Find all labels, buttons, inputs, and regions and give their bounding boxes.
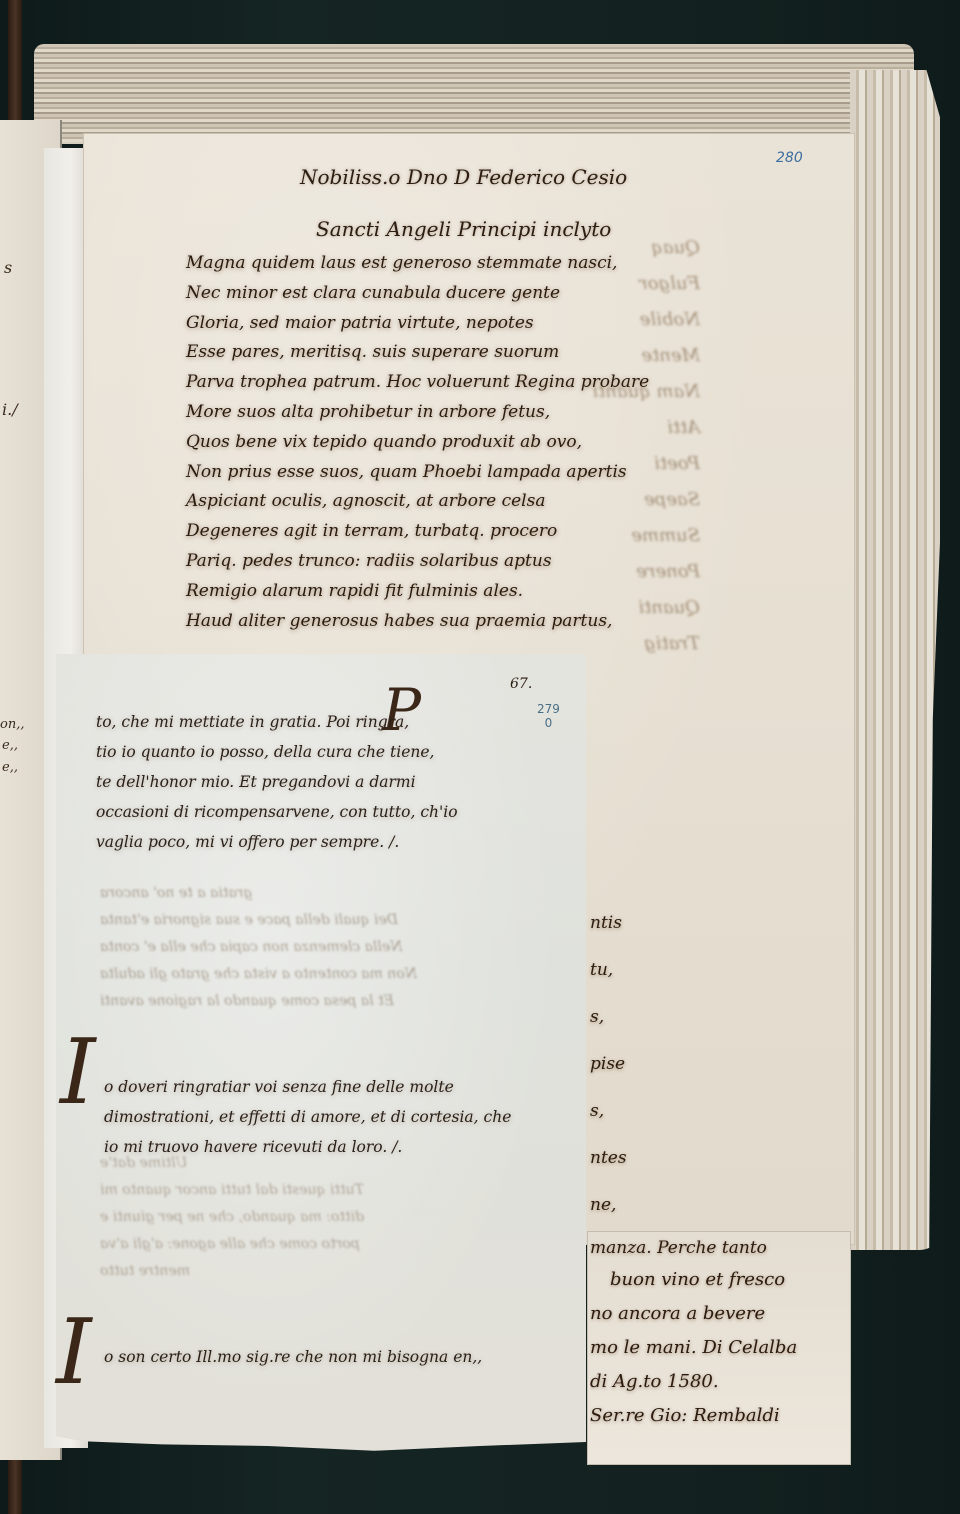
slip-line: mo le mani. Di Celalba <box>590 1331 848 1365</box>
folio-number: 280 <box>776 150 803 166</box>
poem-line: Degeneres agit in terram, turbatq. proce… <box>186 517 666 547</box>
poem-fragment: ntes <box>590 1135 627 1182</box>
slip-line: no ancora a bevere <box>590 1297 848 1331</box>
letter-paragraph-3: o son certo Ill.mo sig.re che non mi bis… <box>104 1342 482 1372</box>
poem-line: Parva trophea patrum. Hoc voluerunt Regi… <box>186 368 666 398</box>
bleed-line: Non ma contento a vista che grato gli ad… <box>100 961 520 988</box>
bleed-line: gratia a te no' ancora <box>100 880 520 907</box>
letter-line: o son certo Ill.mo sig.re che non mi bis… <box>104 1342 482 1372</box>
poem-line: Gloria, sed maior patria virtute, nepote… <box>186 309 666 339</box>
archive-number-line: 0 <box>537 716 560 730</box>
page-stack-right-edge <box>850 70 940 1250</box>
left-page-fragment: i./ <box>2 400 18 419</box>
slip-line: buon vino et fresco <box>590 1263 848 1297</box>
slip-line: Ser.re Gio: Rembaldi <box>590 1399 848 1433</box>
poem-line: Nec minor est clara cunabula ducere gent… <box>186 279 666 309</box>
poem-fragment: ne, <box>590 1182 627 1229</box>
slip-line: di Ag.to 1580. <box>590 1365 848 1399</box>
letter-line: te dell'honor mio. Et pregandovi a darmi <box>96 767 458 797</box>
poem-fragment: s, <box>590 1088 627 1135</box>
bleed-line: mentre tutto <box>100 1258 520 1285</box>
decorative-initial: I <box>60 1020 96 1125</box>
slip-line: manza. Perche tanto <box>590 1233 848 1263</box>
bleed-line: Ultime dat'e <box>100 1150 520 1177</box>
poem-title: Nobiliss.o Dno D Federico Cesio <box>300 165 627 189</box>
decorative-initial: I <box>56 1300 92 1405</box>
bleed-line: ditto: ma quando, che ne per giunti e <box>100 1204 520 1231</box>
letter-line: vaglia poco, mi vi offero per sempre. /. <box>96 827 458 857</box>
letter-page-number: 67. <box>510 676 532 692</box>
letter-line: dimostrationi, et effetti di amore, et d… <box>104 1102 511 1132</box>
letter-line: occasioni di ricompensarvene, con tutto,… <box>96 797 458 827</box>
poem-fragment: s, <box>590 994 627 1041</box>
letter-line: tio io quanto io posso, della cura che t… <box>96 737 458 767</box>
archive-number: 279 0 <box>537 702 560 730</box>
bleed-line: porto come che alle agone: a'gli a'va <box>100 1231 520 1258</box>
letter-bleed-through: gratia a te no' ancora Dei quali della p… <box>100 880 520 1015</box>
archive-number-line: 279 <box>537 702 560 716</box>
poem-continuation-fragments: ntis tu, s, pise s, ntes ne, <box>590 900 627 1229</box>
poem-line: Non prius esse suos, quam Phoebi lampada… <box>186 458 666 488</box>
poem-body: Magna quidem laus est generoso stemmate … <box>186 249 666 636</box>
left-page-fragment: on,, <box>0 717 24 732</box>
left-page-fragment: e,, <box>2 760 18 775</box>
poem-line: Esse pares, meritisq. suis superare suor… <box>186 338 666 368</box>
poem-line: Aspiciant oculis, agnoscit, at arbore ce… <box>186 487 666 517</box>
bleed-line: Nella clemenza non capia che ella e' con… <box>100 934 520 961</box>
poem-fragment: tu, <box>590 947 627 994</box>
poem-subtitle: Sancti Angeli Principi inclyto <box>316 217 611 241</box>
poem-line: Quos bene vix tepido quando produxit ab … <box>186 428 666 458</box>
bleed-line: Et la pesa come quando la ragione avanti <box>100 988 520 1015</box>
poem-fragment: pise <box>590 1041 627 1088</box>
poem-line: Remigio alarum rapidi fit fulminis ales. <box>186 577 666 607</box>
letter-paragraph-2: o doveri ringratiar voi senza fine delle… <box>104 1072 511 1162</box>
poem-line: Pariq. pedes trunco: radiis solaribus ap… <box>186 547 666 577</box>
page-stack-top-edge <box>34 44 914 144</box>
poem-line: More suos alta prohibetur in arbore fetu… <box>186 398 666 428</box>
bleed-line: Tutti questi dal tutti ancor quanto mi <box>100 1177 520 1204</box>
poem-fragment: ntis <box>590 900 627 947</box>
left-page-fragment: e,, <box>2 738 18 753</box>
letter-bleed-through-2: Ultime dat'e Tutti questi dal tutti anco… <box>100 1150 520 1285</box>
letter-line: to, che mi mettiate in gratia. Poi ringr… <box>96 707 458 737</box>
poem-line: Magna quidem laus est generoso stemmate … <box>186 249 666 279</box>
bleed-line: Dei quali della pace e sua signoria e'ta… <box>100 907 520 934</box>
letter-line: o doveri ringratiar voi senza fine delle… <box>104 1072 511 1102</box>
slip-text: manza. Perche tanto buon vino et fresco … <box>590 1233 848 1433</box>
letter-paragraph-1: to, che mi mettiate in gratia. Poi ringr… <box>96 707 458 857</box>
left-page-fragment: s <box>4 258 12 277</box>
poem-line: Haud aliter generosus habes sua praemia … <box>186 607 666 637</box>
